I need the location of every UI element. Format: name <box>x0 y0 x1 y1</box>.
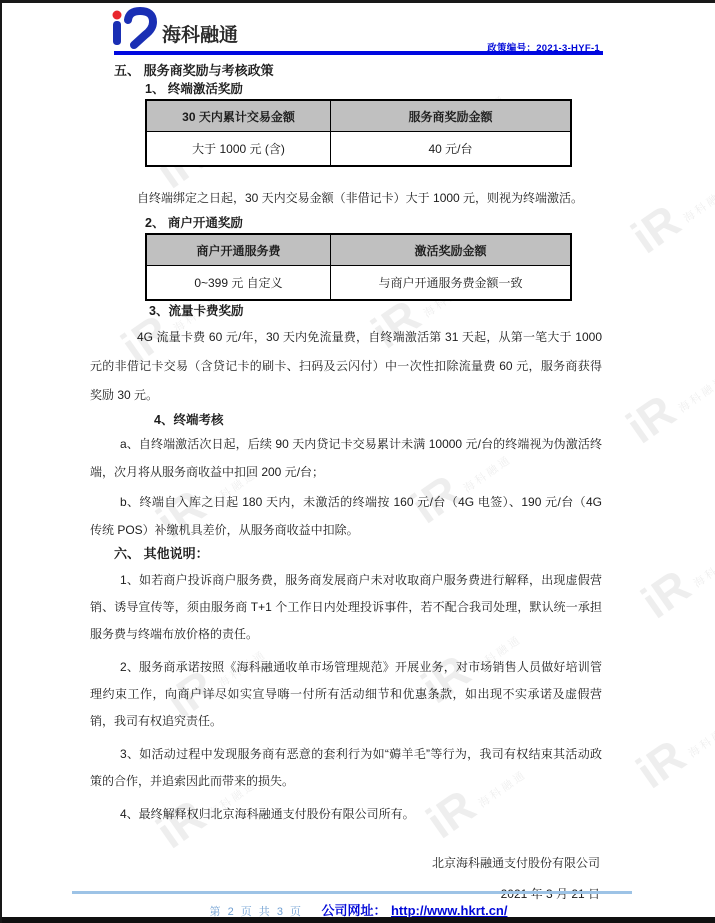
terminal-assessment-point-b: b、终端自入库之日起 180 天内，未激活的终端按 160 元/台（4G 电签）… <box>90 488 602 544</box>
watermark-logo-glyph: iR <box>619 387 683 451</box>
table-row: 0~399 元 自定义 与商户开通服务费金额一致 <box>146 266 571 301</box>
company-logo: 海科融通 <box>106 7 246 56</box>
section5-heading: 五、 服务商奖励与考核政策 <box>114 63 602 79</box>
watermark-brand-text: 海科融通 <box>685 716 715 766</box>
page-number-indicator: 第 2 页 共 3 页 <box>210 906 304 918</box>
section5-item2-title: 2、 商户开通奖励 <box>145 215 602 231</box>
table-cell: 40 元/台 <box>331 132 572 167</box>
other-note-1: 1、如若商户投诉商户服务费，服务商发展商户未对收取商户服务费进行解释，出现虚假营… <box>90 567 602 648</box>
watermark-brand-text: 海科融通 <box>690 546 715 596</box>
brand-watermark: iR海科融通 <box>634 526 715 626</box>
table-header-row: 商户开通服务费 激活奖励金额 <box>146 234 571 266</box>
logo-red-dot <box>113 11 122 20</box>
watermark-brand-text: 海科融通 <box>680 181 715 231</box>
table-header-cell: 激活奖励金额 <box>331 234 572 266</box>
table-header-row: 30 天内累计交易金额 服务商奖励金额 <box>146 100 571 132</box>
footer: 第 2 页 共 3 页 公司网址： http://www.hkrt.cn/ <box>2 900 715 920</box>
table-row: 大于 1000 元 (含) 40 元/台 <box>146 132 571 167</box>
table-cell: 与商户开通服务费金额一致 <box>331 266 572 301</box>
footer-divider-rule <box>72 891 632 894</box>
logo-i-stem <box>113 21 121 45</box>
terminal-activation-reward-table: 30 天内累计交易金额 服务商奖励金额 大于 1000 元 (含) 40 元/台 <box>145 99 572 167</box>
header-divider-rule <box>114 51 603 55</box>
section6-heading: 六、 其他说明： <box>114 546 602 562</box>
brand-watermark: iR海科融通 <box>629 696 715 796</box>
website-link[interactable]: http://www.hkrt.cn/ <box>391 903 508 918</box>
watermark-brand-text: 海科融通 <box>675 371 715 421</box>
logo-r-curve <box>128 11 153 45</box>
table-cell: 大于 1000 元 (含) <box>146 132 331 167</box>
brand-watermark: iR海科融通 <box>624 161 715 261</box>
brand-watermark: iR海科融通 <box>619 351 715 451</box>
watermark-logo-glyph: iR <box>629 732 693 796</box>
terminal-assessment-point-a: a、自终端激活次日起，后续 90 天内贷记卡交易累计未满 10000 元/台的终… <box>90 430 602 486</box>
logo-graphic: 海科融通 <box>106 7 246 51</box>
section5-item3-title: 3、流量卡费奖励 <box>149 303 602 319</box>
other-note-2: 2、服务商承诺按照《海科融通收单市场管理规范》开展业务，对市场销售人员做好培训管… <box>90 654 602 735</box>
document-page: iR海科融通iR海科融通iR海科融通iR海科融通iR海科融通iR海科融通iR海科… <box>0 0 715 923</box>
section5-item4-title: 4、终端考核 <box>154 412 602 428</box>
other-note-4: 4、最终解释权归北京海科融通支付股份有限公司所有。 <box>90 801 602 828</box>
table-header-cell: 商户开通服务费 <box>146 234 331 266</box>
merchant-opening-reward-table: 商户开通服务费 激活奖励金额 0~399 元 自定义 与商户开通服务费金额一致 <box>145 233 572 301</box>
watermark-logo-glyph: iR <box>624 197 688 261</box>
table-header-cell: 30 天内累计交易金额 <box>146 100 331 132</box>
activation-note-paragraph: 自终端绑定之日起，30 天内交易金额（非借记卡）大于 1000 元，则视为终端激… <box>90 189 602 207</box>
signature-company: 北京海科融通支付股份有限公司 <box>90 854 602 872</box>
document-body: 五、 服务商奖励与考核政策 1、 终端激活奖励 30 天内累计交易金额 服务商奖… <box>90 59 602 903</box>
section5-item1-title: 1、 终端激活奖励 <box>145 81 602 97</box>
table-cell: 0~399 元 自定义 <box>146 266 331 301</box>
watermark-logo-glyph: iR <box>634 562 698 626</box>
website-label: 公司网址： <box>322 903 387 918</box>
data-card-fee-paragraph: 4G 流量卡费 60 元/年，30 天内免流量费，自终端激活第 31 天起，从第… <box>90 323 602 410</box>
table-header-cell: 服务商奖励金额 <box>331 100 572 132</box>
logo-brand-text: 海科融通 <box>162 23 238 46</box>
other-note-3: 3、如活动过程中发现服务商有恶意的套利行为如“薅羊毛”等行为，我司有权结束其活动… <box>90 741 602 795</box>
